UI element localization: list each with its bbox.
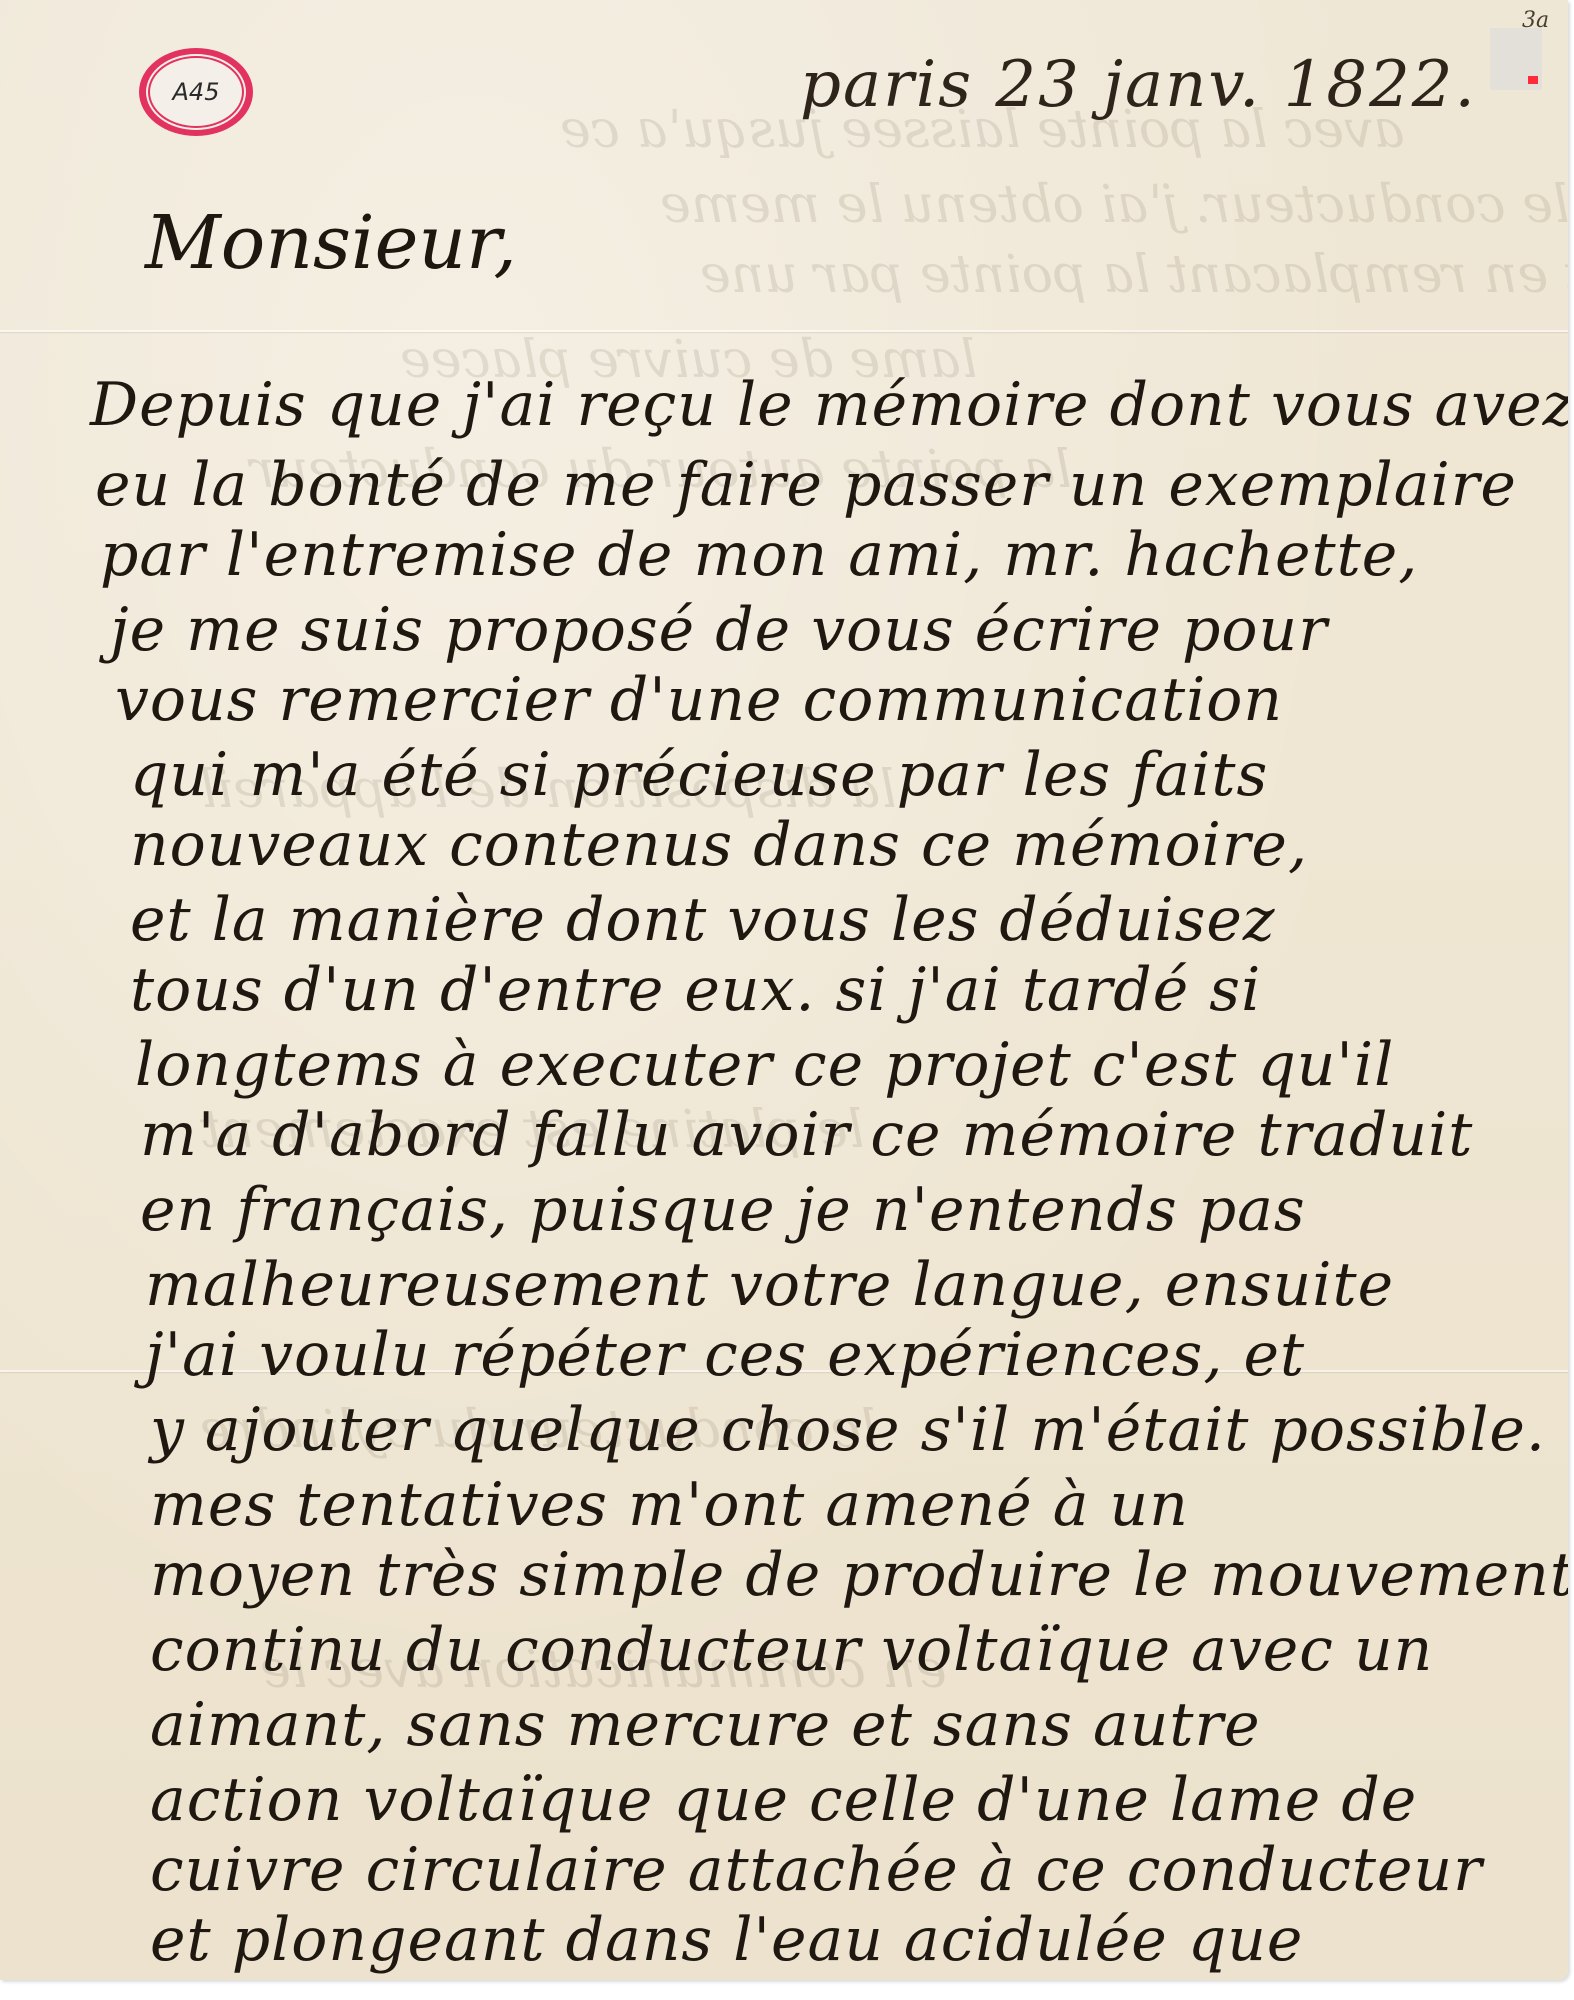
- show-through-text: le conducteur. j'ai obtenu le meme: [660, 175, 1568, 235]
- body-line: moyen très simple de produire le mouveme…: [150, 1540, 1568, 1610]
- body-line: qui m'a été si précieuse par les faits: [130, 740, 1268, 810]
- body-line: aimant, sans mercure et sans autre: [150, 1690, 1261, 1760]
- paper-fold-line: [0, 330, 1568, 332]
- body-line: cuivre circulaire attachée à ce conducte…: [150, 1835, 1483, 1905]
- attached-paper-tab: [1490, 28, 1542, 90]
- body-line: vous remercier d'une communication: [115, 665, 1283, 735]
- body-line: malheureusement votre langue, ensuite: [145, 1250, 1394, 1320]
- show-through-text: effet en remplacant la pointe par une: [700, 245, 1568, 305]
- body-line: action voltaïque que celle d'une lame de: [150, 1765, 1417, 1835]
- red-mark: [1528, 76, 1538, 84]
- folio-number: 3a: [1522, 8, 1549, 33]
- archive-stamp-label: A45: [148, 56, 244, 128]
- body-line: et la manière dont vous les déduisez: [130, 885, 1276, 955]
- letter-page: avec la pointe laissee jusqu'a ce le con…: [0, 0, 1568, 1980]
- body-line: mes tentatives m'ont amené à un: [150, 1470, 1189, 1540]
- archive-stamp: A45: [139, 48, 253, 136]
- body-line: tous d'un d'entre eux. si j'ai tardé si: [130, 955, 1261, 1025]
- body-line: longtems à executer ce projet c'est qu'i…: [135, 1030, 1394, 1100]
- body-line: continu du conducteur voltaïque avec un: [150, 1615, 1433, 1685]
- body-line: Depuis que j'ai reçu le mémoire dont vou…: [90, 370, 1568, 440]
- body-line: et plongeant dans l'eau acidulée que: [150, 1905, 1303, 1975]
- body-line: j'ai voulu répéter ces expériences, et: [145, 1320, 1305, 1390]
- body-line: je me suis proposé de vous écrire pour: [110, 595, 1328, 665]
- body-line: y ajouter quelque chose s'il m'était pos…: [150, 1395, 1546, 1465]
- salutation: Monsieur,: [145, 200, 517, 286]
- body-line: en français, puisque je n'entends pas: [140, 1175, 1306, 1245]
- body-line: nouveaux contenus dans ce mémoire,: [130, 810, 1308, 880]
- body-line: m'a d'abord fallu avoir ce mémoire tradu…: [140, 1100, 1473, 1170]
- body-line: eu la bonté de me faire passer un exempl…: [95, 450, 1517, 520]
- letter-date: paris 23 janv. 1822.: [800, 48, 1477, 122]
- body-line: par l'entremise de mon ami, mr. hachette…: [100, 520, 1418, 590]
